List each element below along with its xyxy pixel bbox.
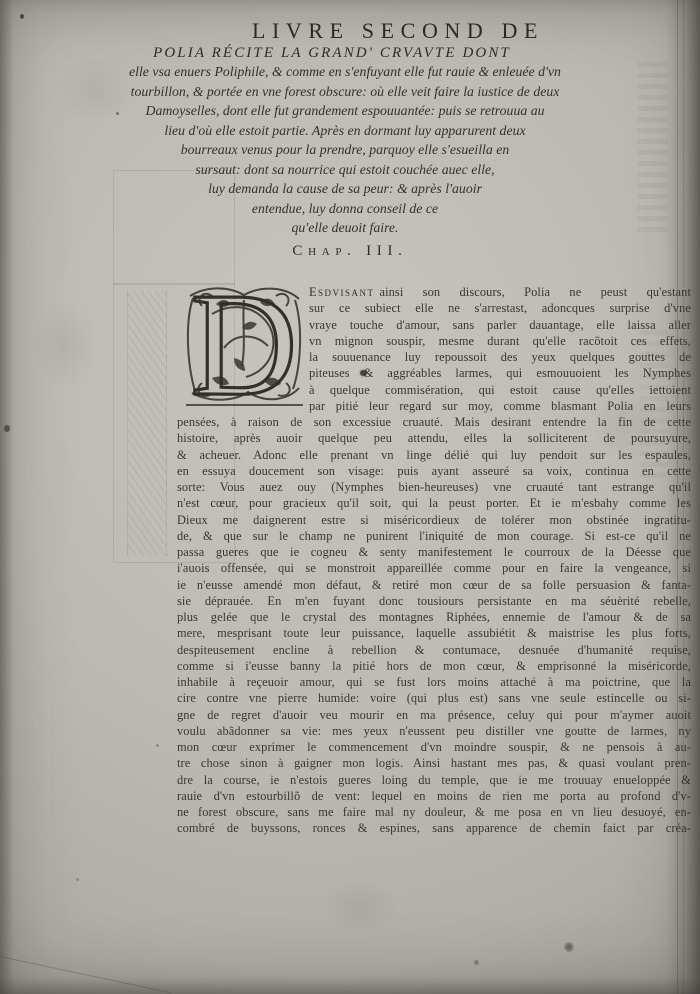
argument-line: entendue, luy donna conseil de ce — [5, 199, 685, 219]
body-line: passa gueres que ie cogneu & senty manif… — [177, 544, 691, 560]
paper-stain — [30, 300, 100, 390]
body-line: tre chose sinon à gaigner mon logis. Ain… — [177, 755, 691, 771]
body-line: & acheuer. Adonc elle prenant vn linge d… — [177, 447, 691, 463]
argument-line: sursaut: dont sa nourrice qui estoit cou… — [5, 160, 685, 180]
body-line: dre la course, ie n'estois gueres loing … — [177, 772, 691, 788]
page-edge-shadow-bottom — [0, 976, 700, 994]
body-line: histoire, après auoir quelque peu attend… — [177, 430, 691, 446]
body-line: la souuenance luy repoussoit des yeux qu… — [309, 349, 691, 365]
body-line: ie n'eusse amendé mon défaut, & retiré m… — [177, 577, 691, 593]
body-line: cire contre vne pierre humide: voire (qu… — [177, 690, 691, 706]
argument-line: qu'elle deuoit faire. — [5, 218, 685, 238]
body-line: i'auois offensée, qui se monstroit appar… — [177, 560, 691, 576]
body-line: de, & que sur le champ ne punirent l'ini… — [177, 528, 691, 544]
body-line: despiteusement encline à rebellion & con… — [177, 642, 691, 658]
argument-line: elle vsa enuers Poliphile, & comme en s'… — [5, 62, 685, 82]
body-line: Esdvisantainsi son discours, Polia ne pe… — [309, 284, 691, 300]
body-line: vn mignon souspir, mesme durant qu'elle … — [309, 333, 691, 349]
argument-block: elle vsa enuers Poliphile, & comme en s'… — [5, 62, 685, 238]
body-line: piteuses & aggréables larmes, qui esmouu… — [309, 365, 691, 381]
body-line: ne forest obscure, sans me faire mal ny … — [177, 804, 691, 820]
page-edge-line — [683, 0, 684, 994]
argument-line: bourreaux venus pour la prendre, parquoy… — [5, 140, 685, 160]
ink-blot — [564, 942, 574, 952]
body-line: plus gelée que le crystal des montagnes … — [177, 609, 691, 625]
body-line: rauie d'vn estourbillõ de vent: lequel e… — [177, 788, 691, 804]
body-lead-word: Esdvisant — [309, 285, 374, 299]
body-line: sur ce subiect elle ne s'arrestast, adon… — [309, 300, 691, 316]
ink-speck — [76, 878, 79, 881]
body-line: à quelque commisération, qui estoit caus… — [309, 382, 691, 398]
body-line: mon cœur exprimer le commencement d'vn m… — [177, 739, 691, 755]
body-line: inhabile à reçeuoir amour, qui se fust l… — [177, 674, 691, 690]
body-line: pensées, à raison de son excessiue cruau… — [177, 414, 691, 430]
initial-letter: D — [191, 282, 298, 408]
body-line: Dieux me daignerent estre si miséricordi… — [177, 512, 691, 528]
ink-speck — [156, 744, 159, 747]
body-text: D Esdvisantainsi son discours, Polia ne … — [177, 284, 691, 837]
decorated-initial: D — [182, 282, 307, 408]
argument-line: lieu d'où elle estoit partie. Après en d… — [5, 121, 685, 141]
argument-line: luy demanda la cause de sa peur: & après… — [5, 179, 685, 199]
running-title: LIVRE SECOND DE — [48, 18, 700, 44]
book-page-photo: LIVRE SECOND DE POLIA RÉCITE LA GRAND' C… — [0, 0, 700, 994]
chapter-heading: Chap. III. — [0, 243, 700, 260]
ink-speck — [20, 14, 24, 19]
showthrough-column — [127, 290, 167, 556]
body-line: voulu abãdonner sa vie: mes yeux n'eusse… — [177, 723, 691, 739]
body-line: gne de regret d'auoir veu mourir en ma p… — [177, 707, 691, 723]
argument-line: tourbillon, & portée en vne forest obscu… — [5, 82, 685, 102]
body-line: n'est cœur, pour gracieux qu'il soit, qu… — [177, 495, 691, 511]
body-line: vraye touche d'amour, sans parler dauant… — [309, 317, 691, 333]
argument-title: POLIA RÉCITE LA GRAND' CRVAVTE DONT — [0, 45, 682, 62]
body-line: sorte: Vous auez ouy (Nymphes bien-heure… — [177, 479, 691, 495]
page-edge-line — [677, 0, 678, 994]
paper-stain — [320, 880, 400, 935]
body-line: mere, mesprisant toute leur puissance, l… — [177, 625, 691, 641]
body-line: combré de buyssons, ronces & espines, sa… — [177, 820, 691, 836]
body-line: comme si i'eusse banny la pitié hors de … — [177, 658, 691, 674]
body-line-text: ainsi son discours, Polia ne peust qu'es… — [379, 285, 691, 299]
body-line: en essuya doucement son visage: puis aya… — [177, 463, 691, 479]
page-edge-shadow-left — [0, 0, 14, 994]
body-line: sie déprauée. En m'en fuyant donc tousio… — [177, 593, 691, 609]
ink-speck — [474, 960, 479, 965]
argument-line: Damoyselles, dont elle fut grandement es… — [5, 101, 685, 121]
body-line: par pitié leur regard sur moy, comme bla… — [309, 398, 691, 414]
